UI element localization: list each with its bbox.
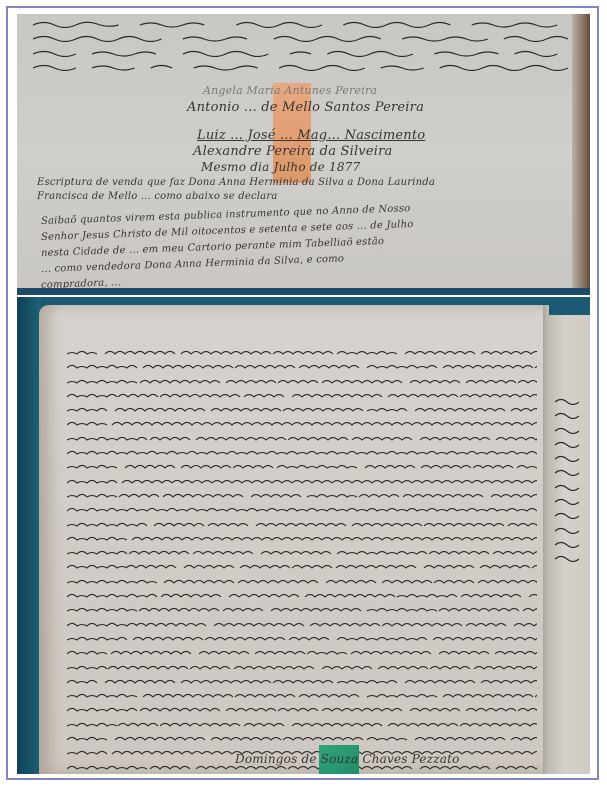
signature-3: Luiz ... José ... Mag... Nascimento [197,128,425,143]
handwritten-line [67,602,537,616]
notary-signature: Domingos de Souza Chaves Pezzato [235,752,460,766]
handwritten-line [67,517,537,531]
handwritten-line [67,559,537,573]
handwritten-line [33,59,568,73]
top-ledger-photo: Angela Maria Antunes Pereira Antonio ...… [17,14,590,295]
top-text-lines [33,16,568,73]
handwritten-line [67,574,537,588]
signature-1: Angela Maria Antunes Pereira [203,84,377,97]
handwritten-line [67,688,537,702]
handwritten-line [67,374,537,388]
signature-4: Alexandre Pereira da Silveira [193,144,392,159]
page-edge [572,14,590,295]
bottom-ledger-photo: Domingos de Souza Chaves Pezzato [17,297,590,774]
book-cover [17,297,41,774]
handwritten-line [67,545,537,559]
handwritten-line [67,717,537,731]
right-ledger-page [547,315,590,774]
handwritten-line [33,30,568,44]
deed-heading-line-2: Francisca de Mello ... como abaixo se de… [37,191,277,202]
handwritten-line [67,345,537,359]
deed-heading-line-1: Escriptura de venda que faz Dona Anna He… [37,177,435,188]
handwritten-line [67,445,537,459]
handwritten-line [67,474,537,488]
handwritten-line [67,731,537,745]
handwritten-line [67,502,537,516]
handwritten-line [67,431,537,445]
handwritten-line [67,617,537,631]
handwritten-line [67,588,537,602]
handwritten-line [67,645,537,659]
handwritten-line [33,16,568,30]
handwritten-line [67,702,537,716]
bottom-text-lines [67,345,537,774]
handwritten-line [67,359,537,373]
handwritten-line [67,488,537,502]
binding-band [17,288,590,295]
signature-2: Antonio ... de Mello Santos Pereira [187,100,424,115]
handwritten-line [67,416,537,430]
handwritten-line [67,674,537,688]
handwritten-line [67,459,537,473]
handwritten-line [67,388,537,402]
handwritten-line [67,402,537,416]
right-page-fragments [553,393,583,565]
handwritten-line [33,45,568,59]
date-line: Mesmo dia Julho de 1877 [201,160,360,174]
handwritten-line [67,531,537,545]
handwritten-line [67,660,537,674]
handwritten-line [67,631,537,645]
